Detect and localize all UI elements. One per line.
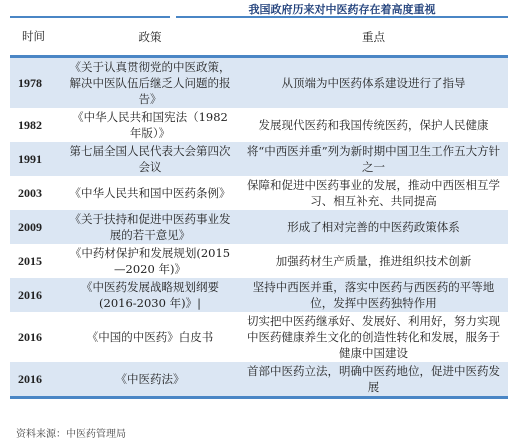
table-row: 1982《中华人民共和国宪法（1982 年版）》发展现代医药和我国传统医药，保护… [10,108,508,142]
cell-policy: 《中医药法》 [61,362,239,398]
cell-year: 2009 [10,210,61,244]
cell-focus: 发展现代医药和我国传统医药，保护人民健康 [239,108,508,142]
table-row: 2015《中药材保护和发展规划(2015—2020 年)》加强药材生产质量，推进… [10,244,508,278]
cell-focus: 坚持中西医并重，落实中医药与西医药的平等地位，发挥中医药独特作用 [239,278,508,312]
cell-focus: 将“中西医并重”列为新时期中国卫生工作五大方针之一 [239,142,508,176]
cell-policy: 《中医药发展战略规划纲要(2016-2030 年)》| [61,278,239,312]
cell-focus: 切实把中医药继承好、发展好、利用好，努力实现中医药健康养生文化的创造性转化和发展… [239,312,508,362]
cell-year: 1991 [10,142,61,176]
table-title-bar: 我国政府历来对中医药存在着高度重视 [10,0,508,18]
table-row: 2016《中医药发展战略规划纲要(2016-2030 年)》|坚持中西医并重，落… [10,278,508,312]
header-focus: 重点 [239,18,508,57]
cell-policy: 《中国的中医药》白皮书 [61,312,239,362]
header-policy: 政策 [61,18,239,57]
cell-year: 2016 [10,278,61,312]
header-year: 时间 [10,18,61,57]
cell-policy: 《关于认真贯彻党的中医政策，解决中医队伍后继乏人问题的报告》 [61,57,239,109]
cell-year: 2016 [10,312,61,362]
cell-year: 1982 [10,108,61,142]
table-row: 2016《中国的中医药》白皮书切实把中医药继承好、发展好、利用好，努力实现中医药… [10,312,508,362]
table-row: 2016《中医药法》首部中医药立法，明确中医药地位，促进中医药发展 [10,362,508,398]
cell-policy: 第七届全国人民代表大会第四次会议 [61,142,239,176]
cell-year: 2015 [10,244,61,278]
cell-year: 2016 [10,362,61,398]
cell-year: 1978 [10,57,61,109]
cell-year: 2003 [10,176,61,210]
cell-policy: 《中药材保护和发展规划(2015—2020 年)》 [61,244,239,278]
cell-policy: 《关于扶持和促进中医药事业发展的若干意见》 [61,210,239,244]
cell-focus: 加强药材生产质量，推进组织技术创新 [239,244,508,278]
table-title: 我国政府历来对中医药存在着高度重视 [176,1,508,17]
cell-focus: 首部中医药立法，明确中医药地位，促进中医药发展 [239,362,508,398]
source-note: 资料来源：中医药管理局 [16,425,126,440]
cell-policy: 《中华人民共和国中医药条例》 [61,176,239,210]
table-row: 2009《关于扶持和促进中医药事业发展的若干意见》形成了相对完善的中医药政策体系 [10,210,508,244]
header-row: 时间 政策 重点 [10,18,508,57]
table-row: 1978《关于认真贯彻党的中医政策，解决中医队伍后继乏人问题的报告》从顶端为中医… [10,57,508,109]
cell-focus: 从顶端为中医药体系建设进行了指导 [239,57,508,109]
table-row: 2003《中华人民共和国中医药条例》保障和促进中医药事业的发展，推动中西医相互学… [10,176,508,210]
cell-focus: 形成了相对完善的中医药政策体系 [239,210,508,244]
table-row: 1991第七届全国人民代表大会第四次会议将“中西医并重”列为新时期中国卫生工作五… [10,142,508,176]
cell-policy: 《中华人民共和国宪法（1982 年版）》 [61,108,239,142]
policy-table: 时间 政策 重点 1978《关于认真贯彻党的中医政策，解决中医队伍后继乏人问题的… [10,18,508,399]
cell-focus: 保障和促进中医药事业的发展，推动中西医相互学习、相互补充、共同提高 [239,176,508,210]
